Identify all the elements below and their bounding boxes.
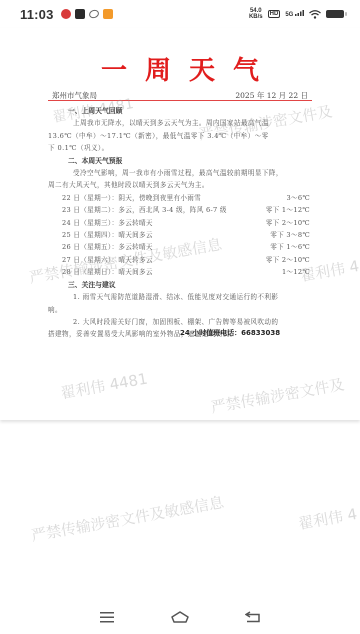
battery-icon	[326, 10, 344, 18]
advice-1-line-1: 1. 雨雪天气需防范道路湿滑、结冰、低能见度对交通运行的不利影	[60, 291, 312, 303]
forecast-day: 25 日（星期四）：晴天间多云	[62, 229, 153, 241]
section-heading-advice: 三、关注与建议	[60, 279, 312, 291]
network-speed-unit: KB/s	[249, 14, 263, 20]
forecast-row: 28 日（星期日）：晴天间多云1～12℃	[60, 266, 312, 278]
menu-icon	[100, 612, 114, 623]
app-ring-icon	[87, 9, 99, 20]
header-divider	[48, 100, 312, 101]
app-dark-icon	[75, 9, 85, 19]
watermark-name: 翟利伟 4	[297, 503, 359, 534]
advice-1-line-2: 响。	[48, 304, 312, 316]
forecast-intro-line-1: 受冷空气影响，周一我市有小雨雪过程，最高气温较前期明显下降，	[60, 167, 312, 179]
forecast-temp: 1～12℃	[282, 266, 312, 278]
forecast-day: 26 日（星期五）：多云转晴天	[62, 241, 153, 253]
signal-icon: 5G	[285, 10, 304, 18]
forecast-temp: 零下 3～8℃	[270, 229, 312, 241]
menu-button[interactable]	[96, 608, 118, 626]
forecast-day: 24 日（星期三）：多云转晴天	[62, 217, 153, 229]
home-button[interactable]	[169, 608, 191, 626]
section-heading-review: 一、上周天气回顾	[60, 105, 312, 117]
back-icon	[245, 611, 261, 623]
forecast-row: 24 日（星期三）：多云转晴天零下 2～10℃	[60, 217, 312, 229]
signal-label: 5G	[285, 12, 293, 18]
network-speed: 54.0 KB/s	[249, 8, 263, 20]
wifi-icon	[309, 10, 321, 19]
document-body: 一、上周天气回顾 上周我市无降水，以晴天到多云天气为主。周内国家站最高气温 13…	[60, 105, 312, 341]
review-text-line-3: 下 0.1℃（巩义）。	[48, 142, 312, 154]
home-icon	[171, 611, 189, 623]
hd-icon: HD	[268, 10, 281, 18]
forecast-row: 23 日（星期二）：多云，西北风 3-4 级，阵风 6-7 级零下 1～12℃	[60, 204, 312, 216]
status-bar: 11:03 54.0 KB/s HD 5G	[0, 0, 360, 28]
forecast-day: 27 日（星期六）：晴天转多云	[62, 254, 153, 266]
hotline: 24 小时值班电话：66833038	[180, 328, 280, 338]
signal-bars-icon	[295, 10, 304, 16]
forecast-temp: 零下 1～12℃	[266, 204, 312, 216]
status-left: 11:03	[20, 7, 113, 22]
advice-2-line-1: 2. 大风时段需关好门窗，加固围板、棚架、广告牌等易被风吹动的	[60, 316, 312, 328]
navigation-bar	[0, 600, 360, 634]
forecast-temp: 3～6℃	[286, 192, 312, 204]
forecast-day: 22 日（星期一）：阴天，傍晚到夜里有小雨雪	[62, 192, 201, 204]
app-red-icon	[61, 9, 71, 19]
forecast-day: 23 日（星期二）：多云，西北风 3-4 级，阵风 6-7 级	[62, 204, 227, 216]
clock: 11:03	[20, 7, 54, 22]
forecast-row: 22 日（星期一）：阴天，傍晚到夜里有小雨雪3～6℃	[60, 192, 312, 204]
review-text-line-1: 上周我市无降水，以晴天到多云天气为主。周内国家站最高气温	[60, 117, 312, 129]
document-title: 一周天气	[0, 50, 360, 87]
back-button[interactable]	[242, 608, 264, 626]
document-page[interactable]: 一周天气 郑州市气象局 2025 年 12 月 22 日 一、上周天气回顾 上周…	[0, 28, 360, 420]
forecast-day: 28 日（星期日）：晴天间多云	[62, 266, 153, 278]
section-heading-forecast: 二、本周天气预报	[60, 155, 312, 167]
app-orange-icon	[103, 9, 113, 19]
review-text-line-2: 13.6℃（中牟）～17.1℃（新密），最低气温零下 3.4℃（中牟）～零	[48, 130, 312, 142]
forecast-temp: 零下 2～10℃	[266, 217, 312, 229]
forecast-row: 27 日（星期六）：晴天转多云零下 2～10℃	[60, 254, 312, 266]
watermark-warning: 严禁传输涉密文件及敏感信息	[30, 491, 226, 546]
forecast-temp: 零下 2～10℃	[266, 254, 312, 266]
status-right: 54.0 KB/s HD 5G	[249, 8, 344, 20]
forecast-row: 26 日（星期五）：多云转晴天零下 1～6℃	[60, 241, 312, 253]
forecast-temp: 零下 1～6℃	[270, 241, 312, 253]
forecast-row: 25 日（星期四）：晴天间多云零下 3～8℃	[60, 229, 312, 241]
forecast-intro-line-2: 周二有大风天气，其他时段以晴天到多云天气为主。	[48, 179, 312, 191]
